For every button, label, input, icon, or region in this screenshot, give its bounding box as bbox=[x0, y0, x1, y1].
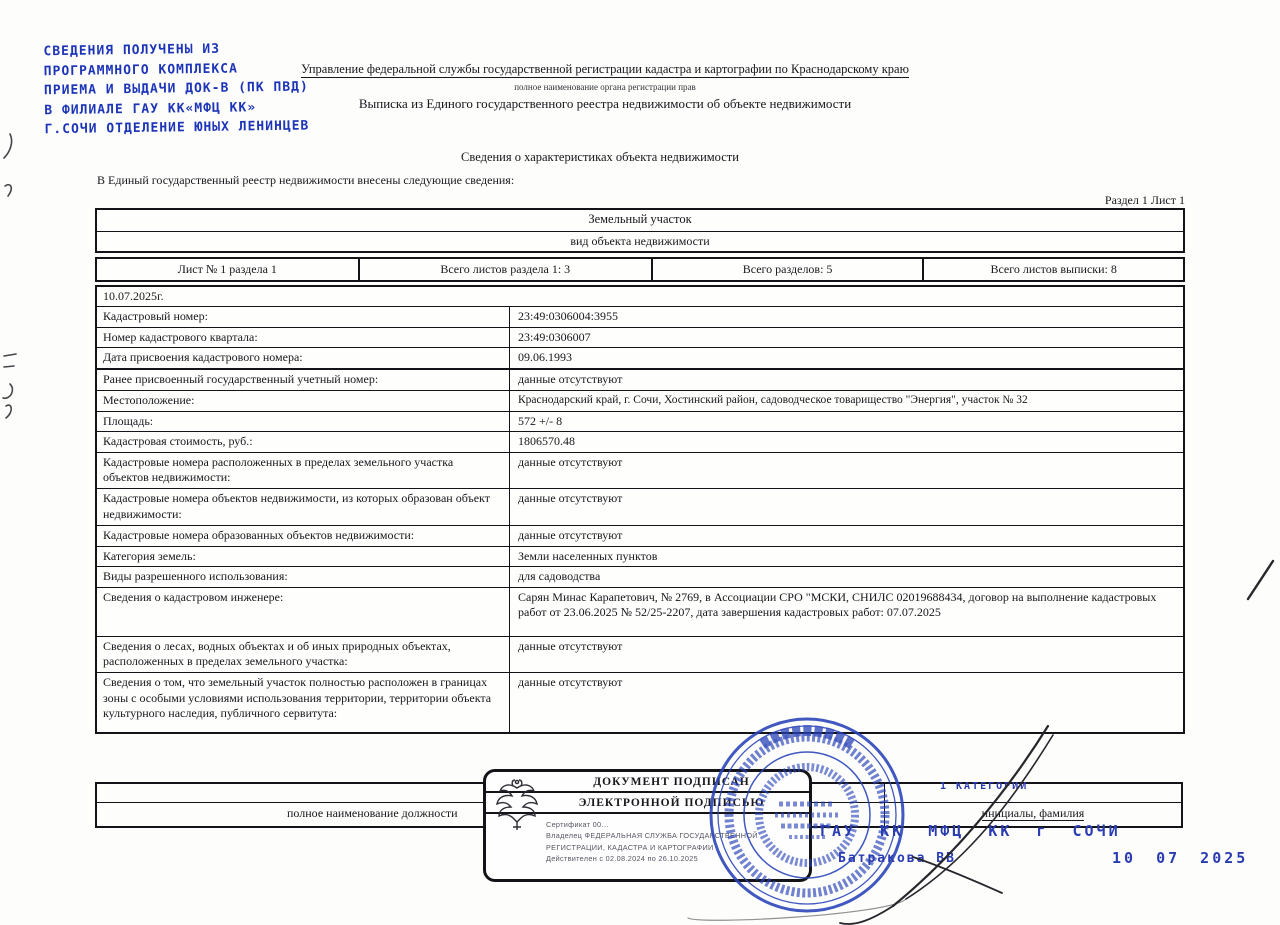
section-title: Сведения о характеристиках объекта недви… bbox=[95, 150, 1105, 165]
row-value: данные отсутствуют bbox=[510, 637, 1183, 672]
table-row: Сведения о кадастровом инженере: Сарян М… bbox=[97, 587, 1183, 636]
mfc-intake-stamp-line: Г.СОЧИ ОТДЕЛЕНИЕ ЮНЫХ ЛЕНИНЦЕВ bbox=[44, 116, 364, 140]
typed-operator-name: Батракова ВВ bbox=[838, 851, 956, 866]
row-value: 572 +/- 8 bbox=[510, 412, 1183, 432]
row-value: данные отсутствуют bbox=[510, 526, 1183, 546]
row-value: данные отсутствуют bbox=[510, 453, 1183, 488]
row-label: Категория земель: bbox=[97, 547, 510, 567]
mfc-round-seal bbox=[707, 712, 907, 918]
table-row: вид объекта недвижимости bbox=[97, 231, 1183, 251]
row-label: Местоположение: bbox=[97, 391, 510, 411]
sheet-cell: Всего листов выписки: 8 bbox=[922, 259, 1183, 280]
double-eagle-emblem-icon bbox=[494, 778, 540, 834]
table-row: Сведения о том, что земельный участок по… bbox=[97, 672, 1183, 732]
table-row: Местоположение: Краснодарский край, г. С… bbox=[97, 390, 1183, 411]
table-row: Виды разрешенного использования: для сад… bbox=[97, 566, 1183, 587]
row-label: Ранее присвоенный государственный учетны… bbox=[97, 370, 510, 390]
table-row: Земельный участок bbox=[97, 210, 1183, 231]
table-row: Площадь: 572 +/- 8 bbox=[97, 411, 1183, 432]
table-row: Кадастровая стоимость, руб.: 1806570.48 bbox=[97, 431, 1183, 452]
row-label: Кадастровый номер: bbox=[97, 307, 510, 327]
typed-category-line: 1 КАТЕГОРИИ bbox=[940, 781, 1028, 792]
row-label: Сведения о том, что земельный участок по… bbox=[97, 673, 510, 732]
name-caption: инициалы, фамилия bbox=[982, 806, 1085, 821]
sheet-counters-table: Лист № 1 раздела 1 Всего листов раздела … bbox=[95, 257, 1185, 282]
table-row: Кадастровый номер: 23:49:0306004:3955 bbox=[97, 306, 1183, 327]
sheet-cell: Всего листов раздела 1: 3 bbox=[358, 259, 651, 280]
row-value: 23:49:0306004:3955 bbox=[510, 307, 1183, 327]
footer-empty-cell bbox=[885, 784, 1181, 802]
table-row: Сведения о лесах, водных объектах и об и… bbox=[97, 636, 1183, 672]
row-label: Сведения о лесах, водных объектах и об и… bbox=[97, 637, 510, 672]
margin-pen-mark bbox=[1248, 561, 1273, 599]
table-row: Номер кадастрового квартала: 23:49:03060… bbox=[97, 327, 1183, 348]
row-label: Кадастровые номера образованных объектов… bbox=[97, 526, 510, 546]
characteristics-table: Ранее присвоенный государственный учетны… bbox=[95, 368, 1185, 734]
table-row: Кадастровые номера расположенных в преде… bbox=[97, 452, 1183, 488]
row-label: Сведения о кадастровом инженере: bbox=[97, 588, 510, 636]
row-label: Номер кадастрового квартала: bbox=[97, 328, 510, 348]
table-row: Ранее присвоенный государственный учетны… bbox=[97, 370, 1183, 390]
sheet-cell: Всего разделов: 5 bbox=[651, 259, 923, 280]
typed-issue-date: 10 07 2025 bbox=[1112, 849, 1248, 867]
row-label: Виды разрешенного использования: bbox=[97, 567, 510, 587]
egrn-extract-document: СВЕДЕНИЯ ПОЛУЧЕНЫ ИЗ ПРОГРАММНОГО КОМПЛЕ… bbox=[0, 0, 1280, 925]
row-label: Кадастровая стоимость, руб.: bbox=[97, 432, 510, 452]
row-label: Дата присвоения кадастрового номера: bbox=[97, 348, 510, 368]
row-value: 09.06.1993 bbox=[510, 348, 1183, 368]
row-value: 1806570.48 bbox=[510, 432, 1183, 452]
row-value: Земли населенных пунктов bbox=[510, 547, 1183, 567]
sheet-cell: Лист № 1 раздела 1 bbox=[97, 259, 358, 280]
row-value: для садоводства bbox=[510, 567, 1183, 587]
row-value: данные отсутствуют bbox=[510, 489, 1183, 525]
object-type: Земельный участок bbox=[97, 210, 1183, 231]
registration-authority-name: Управление федеральной службы государств… bbox=[252, 62, 958, 77]
row-value: 23:49:0306007 bbox=[510, 328, 1183, 348]
row-value: Краснодарский край, г. Сочи, Хостинский … bbox=[510, 391, 1183, 411]
table-row: Кадастровые номера образованных объектов… bbox=[97, 525, 1183, 546]
row-label: Кадастровые номера расположенных в преде… bbox=[97, 453, 510, 488]
object-type-caption: вид объекта недвижимости bbox=[97, 232, 1183, 251]
typed-office-line: ГАУ КК МФЦ КК г СОЧИ bbox=[820, 822, 1121, 840]
row-value: данные отсутствуют bbox=[510, 370, 1183, 390]
table-row: Дата присвоения кадастрового номера: 09.… bbox=[97, 347, 1183, 368]
table-row: Лист № 1 раздела 1 Всего листов раздела … bbox=[97, 259, 1183, 280]
section-sheet-reference: Раздел 1 Лист 1 bbox=[95, 193, 1185, 208]
table-row: Кадастровые номера объектов недвижимости… bbox=[97, 488, 1183, 525]
authority-name-caption: полное наименование органа регистрации п… bbox=[252, 82, 958, 92]
position-caption: полное наименование должности bbox=[287, 806, 458, 821]
row-label: Площадь: bbox=[97, 412, 510, 432]
row-value: Сарян Минас Карапетович, № 2769, в Ассоц… bbox=[510, 588, 1183, 636]
left-margin-marks bbox=[3, 134, 16, 418]
extract-date: 10.07.2025г. bbox=[97, 287, 1183, 306]
cadastral-id-table: 10.07.2025г. Кадастровый номер: 23:49:03… bbox=[95, 285, 1185, 370]
document-title: Выписка из Единого государственного реес… bbox=[280, 96, 930, 112]
intro-line: В Единый государственный реестр недвижим… bbox=[97, 173, 514, 188]
object-type-table: Земельный участок вид объекта недвижимос… bbox=[95, 208, 1185, 253]
row-label: Кадастровые номера объектов недвижимости… bbox=[97, 489, 510, 525]
table-row: Категория земель: Земли населенных пункт… bbox=[97, 546, 1183, 567]
table-row: 10.07.2025г. bbox=[97, 287, 1183, 306]
